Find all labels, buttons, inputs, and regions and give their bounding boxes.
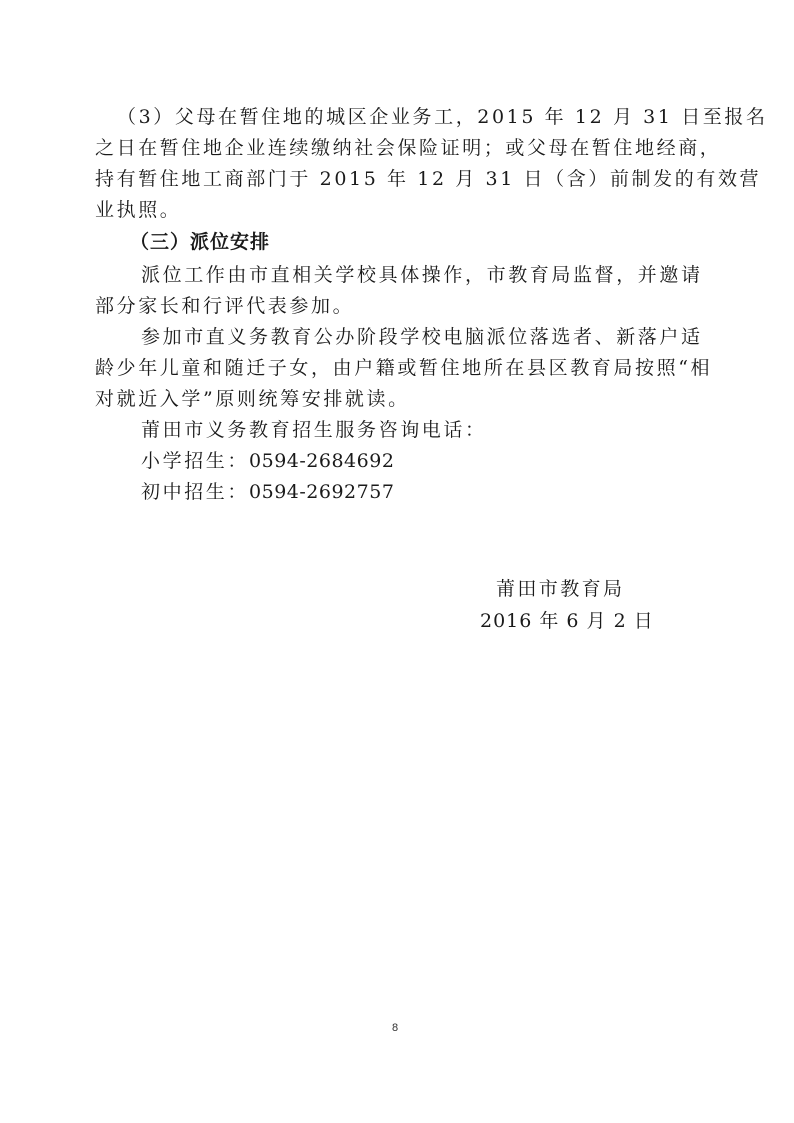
signature-org: 莆田市教育局: [496, 578, 624, 600]
paragraph-2-line-3: 对就近入学”原则统筹安排就读。: [95, 388, 697, 410]
paragraph-1-line-1: 派位工作由市直相关学校具体操作，市教育局监督，并邀请: [95, 264, 697, 286]
contact-junior-label: 初中招生：: [141, 481, 249, 503]
contact-junior-phone: 0594-2692757: [249, 481, 394, 503]
page-number: 8: [392, 1022, 398, 1034]
contact-junior: 初中招生：0594-2692757: [141, 481, 394, 503]
section-heading: （三）派位安排: [130, 231, 270, 253]
body-line-1: （3）父母在暂住地的城区企业务工，2015 年 12 月 31 日至报名: [95, 106, 697, 128]
contact-primary: 小学招生：0594-2684692: [141, 450, 394, 472]
contact-heading: 莆田市义务教育招生服务咨询电话：: [141, 419, 487, 441]
paragraph-2-line-2: 龄少年儿童和随迁子女，由户籍或暂住地所在县区教育局按照“相: [95, 357, 697, 379]
document-page: （3）父母在暂住地的城区企业务工，2015 年 12 月 31 日至报名 之日在…: [0, 0, 794, 1123]
body-line-3: 持有暂住地工商部门于 2015 年 12 月 31 日（含）前制发的有效营: [95, 168, 697, 190]
contact-primary-phone: 0594-2684692: [249, 450, 394, 472]
contact-primary-label: 小学招生：: [141, 450, 249, 472]
body-line-4: 业执照。: [95, 199, 697, 221]
signature-date: 2016 年 6 月 2 日: [480, 610, 654, 632]
paragraph-1-line-2: 部分家长和行评代表参加。: [95, 295, 697, 317]
body-line-2: 之日在暂住地企业连续缴纳社会保险证明；或父母在暂住地经商，: [95, 137, 697, 159]
paragraph-2-line-1: 参加市直义务教育公办阶段学校电脑派位落选者、新落户适: [95, 326, 697, 348]
